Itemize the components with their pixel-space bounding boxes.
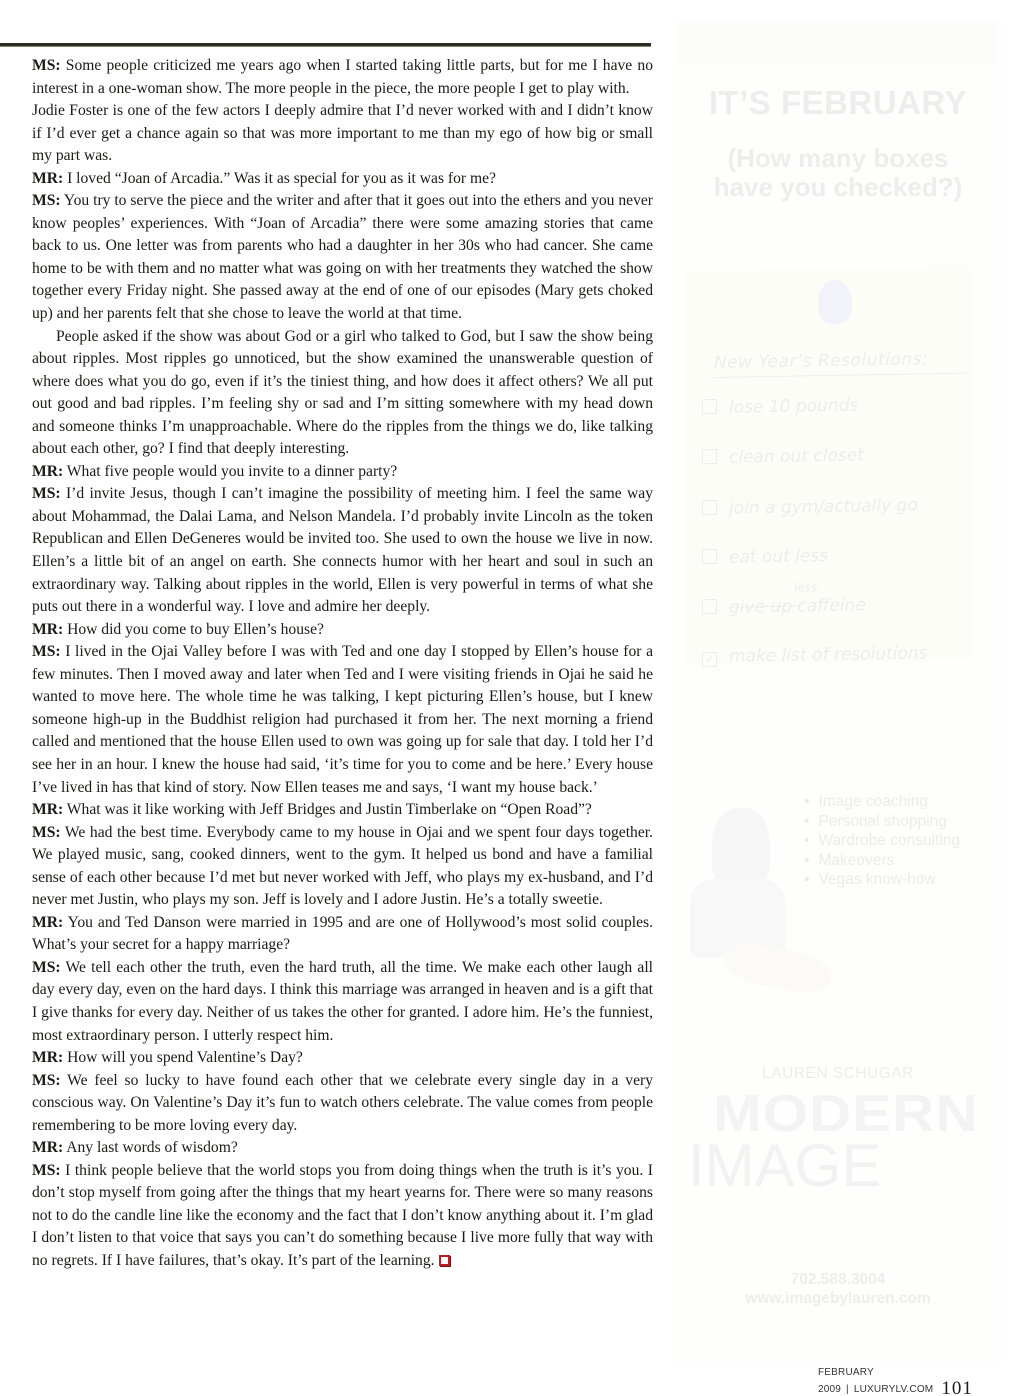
page-number: 101 xyxy=(941,1378,973,1396)
speaker-label: MR: xyxy=(32,914,63,931)
article-paragraph: MS: I’d invite Jesus, though I can’t ima… xyxy=(32,483,653,618)
brand-logo-modern: MODERN xyxy=(688,1091,1004,1137)
photo-hair-shape xyxy=(712,808,770,888)
ad-headline: IT’S FEBRUARY xyxy=(672,84,1004,122)
speaker-label: MR: xyxy=(32,463,63,480)
page-footer: FEBRUARY 2009|LUXURYLV.COM101 xyxy=(818,1367,1024,1396)
ad-subhead: (How many boxes have you checked?) xyxy=(672,144,1004,202)
resolution-item: eat out less xyxy=(702,546,828,568)
resolution-item: give up caffeine xyxy=(702,595,866,618)
speaker-label: MS: xyxy=(32,824,61,841)
pushpin-icon xyxy=(818,280,852,325)
resolutions-note: New Year’s Resolutions: lose 10 pounds c… xyxy=(684,265,974,665)
speaker-label: MR: xyxy=(32,801,63,818)
end-mark-icon xyxy=(439,1255,450,1266)
speaker-label: MS: xyxy=(32,485,61,502)
service-item: Vegas know-how xyxy=(804,870,960,890)
model-photo xyxy=(682,808,802,998)
resolution-item: lose 10 pounds xyxy=(702,395,858,418)
article-paragraph: MS: I lived in the Ojai Valley before I … xyxy=(32,641,653,799)
checkbox-icon xyxy=(702,449,717,464)
speaker-label: MS: xyxy=(32,959,61,976)
handwritten-insert: less xyxy=(794,580,817,594)
ad-contact: 702.588.3004 www.imagebylauren.com xyxy=(672,1270,1004,1308)
speaker-label: MR: xyxy=(32,1139,63,1156)
speaker-label: MR: xyxy=(32,621,63,638)
article-paragraph: Jodie Foster is one of the few actors I … xyxy=(32,100,653,168)
article-paragraph: MR: How will you spend Valentine’s Day? xyxy=(32,1047,653,1070)
checkbox-icon xyxy=(702,549,717,564)
article-paragraph: MS: You try to serve the piece and the w… xyxy=(32,190,653,325)
note-title: New Year’s Resolutions: xyxy=(714,349,966,378)
article-paragraph: MS: Some people criticized me years ago … xyxy=(32,55,653,100)
article-paragraph: MR: You and Ted Danson were married in 1… xyxy=(32,912,653,957)
checkbox-icon xyxy=(702,399,717,414)
services-list: Image coaching Personal shopping Wardrob… xyxy=(804,792,960,890)
article-paragraph: MR: How did you come to buy Ellen’s hous… xyxy=(32,619,653,642)
article-paragraph: MS: We feel so lucky to have found each … xyxy=(32,1070,653,1138)
article-paragraph: MS: We tell each other the truth, even t… xyxy=(32,957,653,1047)
speaker-label: MS: xyxy=(32,643,61,660)
checkbox-icon xyxy=(702,599,717,614)
footer-site: LUXURYLV.COM xyxy=(854,1384,933,1395)
brand-owner-name: LAUREN SCHUGAR xyxy=(672,1065,1004,1083)
article-paragraph: MR: What five people would you invite to… xyxy=(32,461,653,484)
article-paragraph: MS: We had the best time. Everybody came… xyxy=(32,822,653,912)
article-paragraph: MS: I think people believe that the worl… xyxy=(32,1160,653,1273)
modern-image-advertisement: IT’S FEBRUARY (How many boxes have you c… xyxy=(672,18,1004,1363)
speaker-label: MS: xyxy=(32,1162,61,1179)
speaker-label: MS: xyxy=(32,57,61,74)
ad-phone: 702.588.3004 xyxy=(672,1270,1004,1289)
speaker-label: MS: xyxy=(32,1072,61,1089)
service-item: Wardrobe consulting xyxy=(804,831,960,851)
interview-article: MS: Some people criticized me years ago … xyxy=(32,55,653,1273)
resolution-item: clean out closet xyxy=(702,445,864,468)
article-paragraph: MR: I loved “Joan of Arcadia.” Was it as… xyxy=(32,168,653,191)
service-item: Image coaching xyxy=(804,792,960,812)
brand-logo-image: IMAGE xyxy=(688,1140,970,1192)
speaker-label: MS: xyxy=(32,192,61,209)
checked-checkbox-icon: ✓ xyxy=(702,652,717,667)
checkbox-icon xyxy=(702,500,717,515)
ad-website: www.imagebylauren.com xyxy=(672,1289,1004,1308)
resolution-item: join a gym/actually go xyxy=(702,495,918,519)
footer-separator: | xyxy=(846,1384,849,1395)
resolution-item: ✓make list of resolutions xyxy=(702,643,927,667)
article-paragraph: People asked if the show was about God o… xyxy=(32,326,653,461)
speaker-label: MR: xyxy=(32,170,63,187)
speaker-label: MR: xyxy=(32,1049,63,1066)
service-item: Personal shopping xyxy=(804,812,960,832)
article-paragraph: MR: What was it like working with Jeff B… xyxy=(32,799,653,822)
top-rule-divider xyxy=(0,43,651,47)
ad-top-strip xyxy=(676,22,998,66)
ad-headline-block: IT’S FEBRUARY (How many boxes have you c… xyxy=(672,84,1004,202)
service-item: Makeovers xyxy=(804,851,960,871)
article-paragraph: MR: Any last words of wisdom? xyxy=(32,1137,653,1160)
